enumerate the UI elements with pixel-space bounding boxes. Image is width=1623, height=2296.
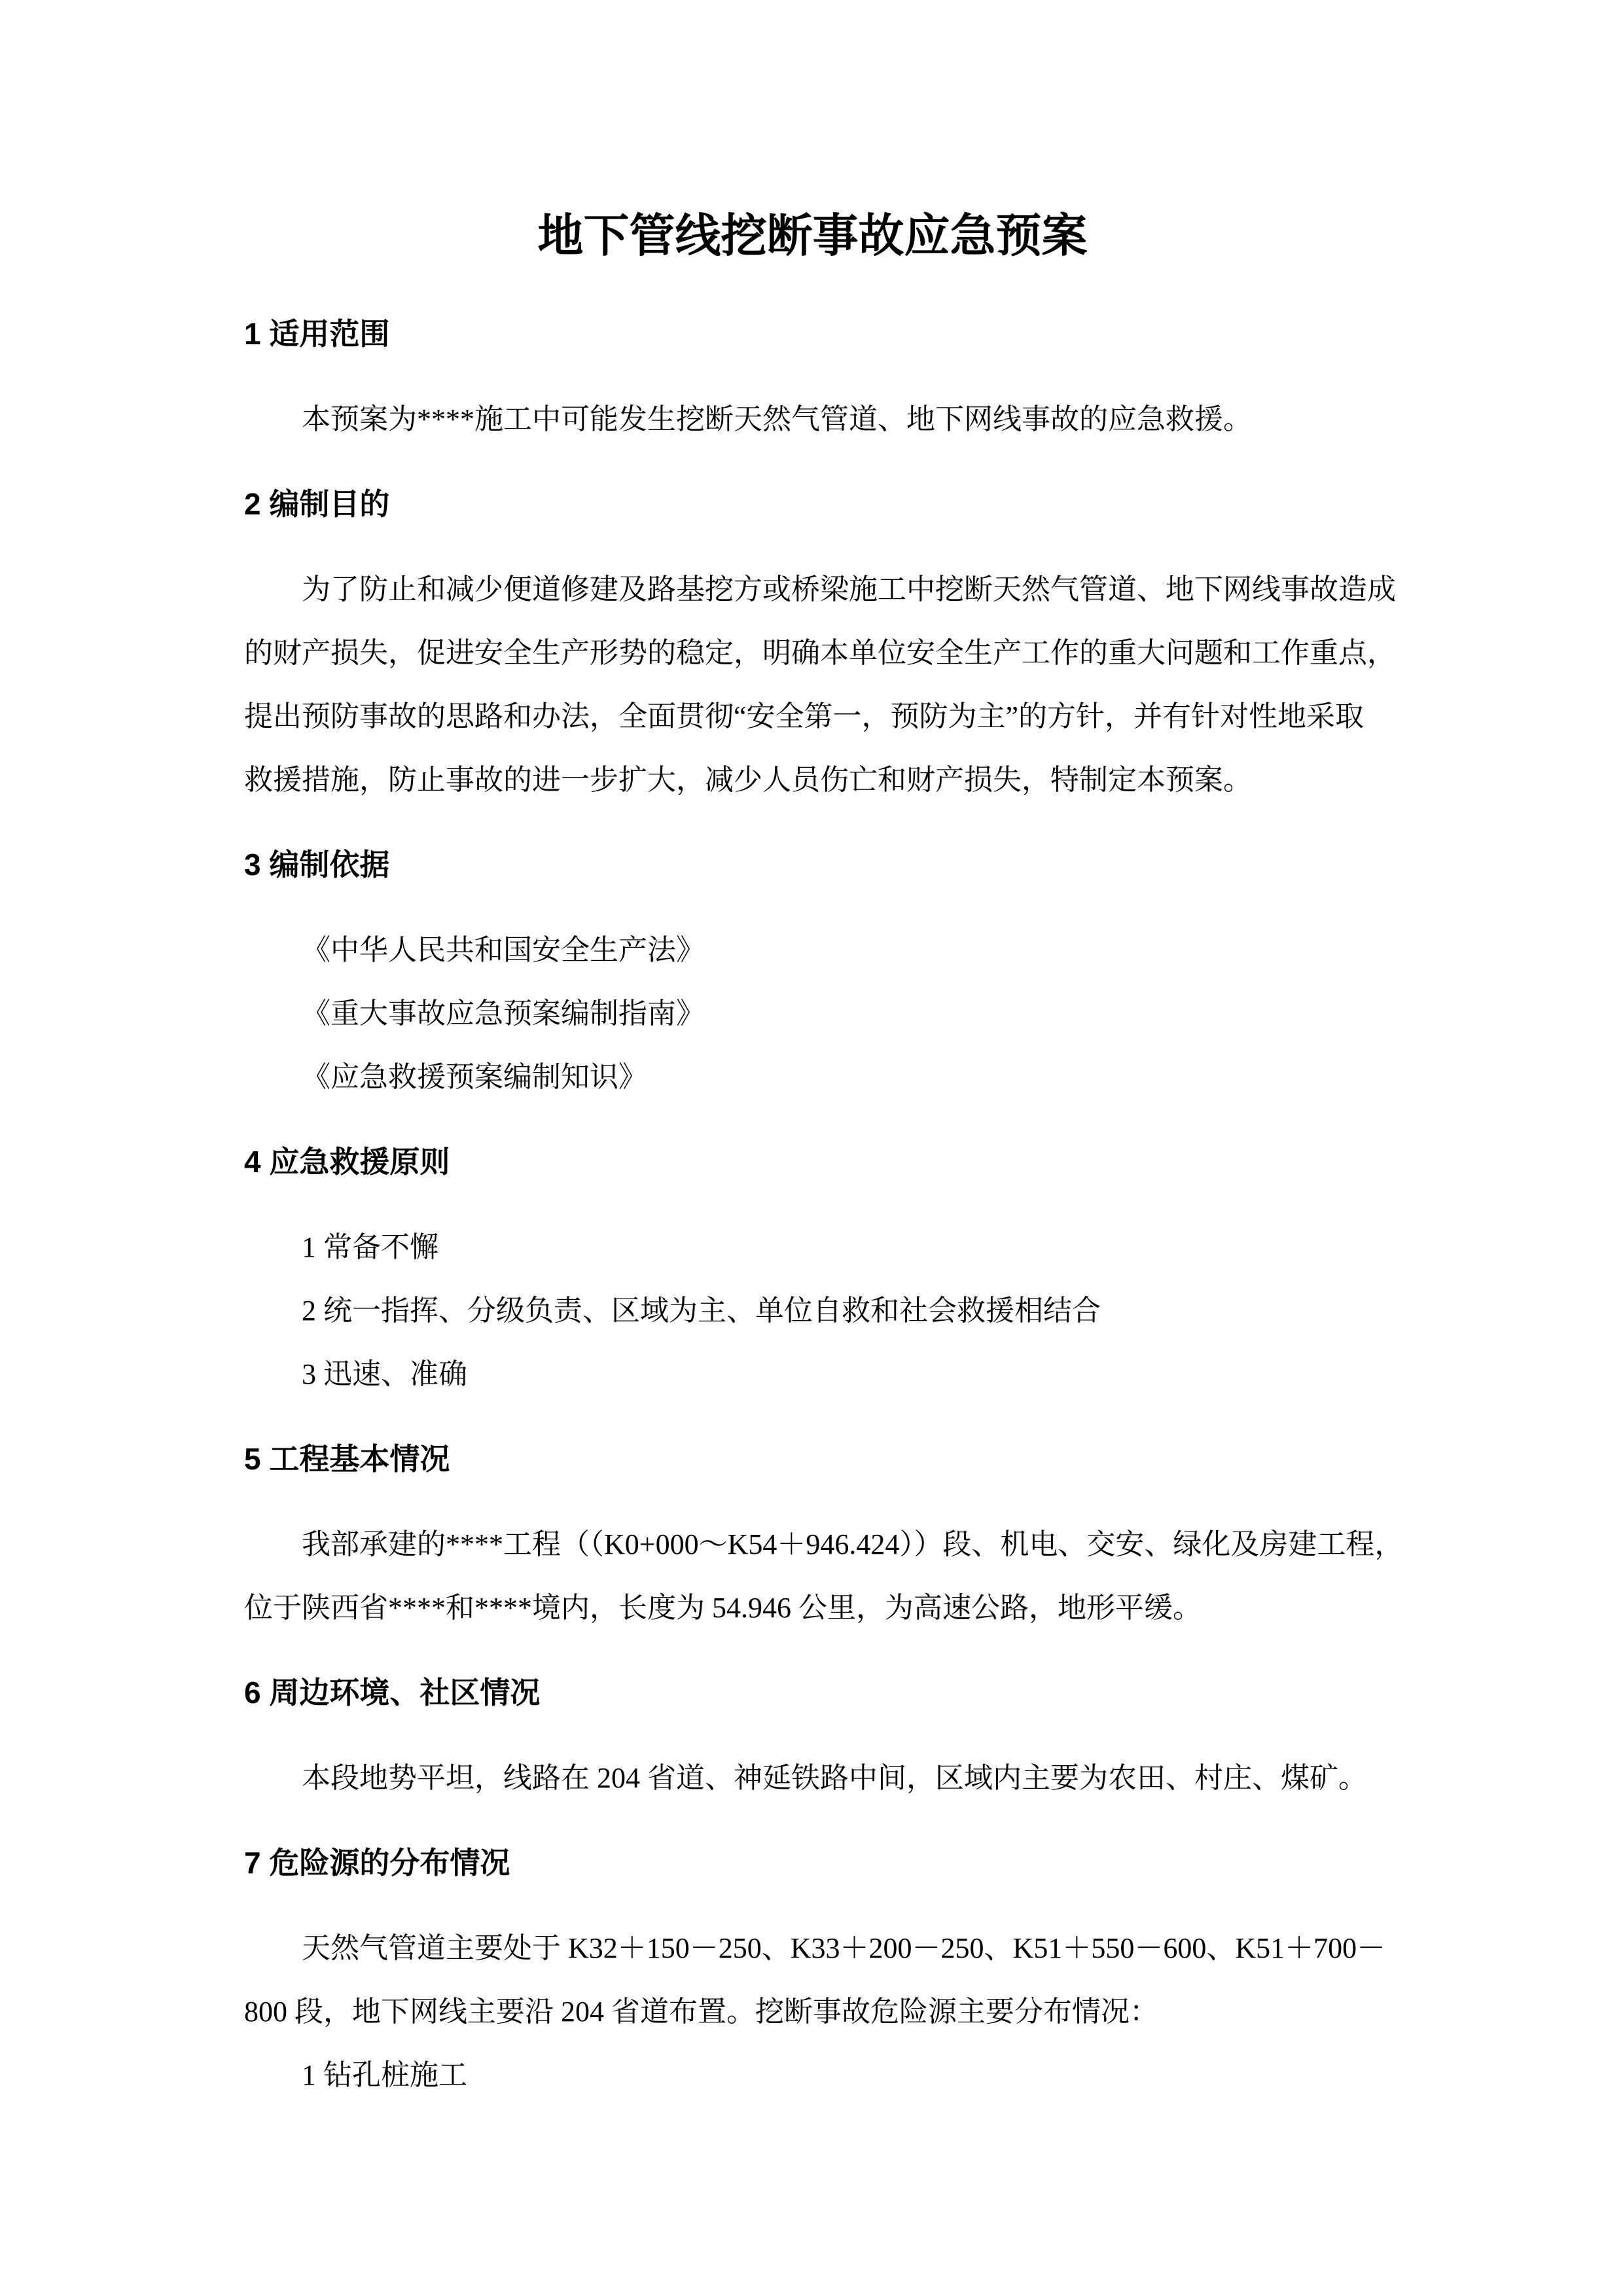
body-line: 本预案为****施工中可能发生挖断天然气管道、地下网线事故的应急救援。: [244, 387, 1381, 451]
body-line: 为了防止和减少便道修建及路基挖方或桥梁施工中挖断天然气管道、地下网线事故造成: [244, 558, 1381, 621]
body-line: 《中华人民共和国安全生产法》: [244, 918, 1381, 982]
section-heading: 6 周边环境、社区情况: [244, 1661, 1381, 1725]
document-body: 1 适用范围本预案为****施工中可能发生挖断天然气管道、地下网线事故的应急救援…: [244, 302, 1381, 2107]
body-line: 天然气管道主要处于 K32＋150－250、K33＋200－250、K51＋55…: [244, 1916, 1381, 1980]
body-line: 800 段，地下网线主要沿 204 省道布置。挖断事故危险源主要分布情况：: [244, 1980, 1381, 2043]
body-line: 的财产损失，促进安全生产形势的稳定，明确本单位安全生产工作的重大问题和工作重点，: [244, 621, 1381, 685]
body-line: 我部承建的****工程（（K0+000～K54＋946.424））段、机电、交安…: [244, 1513, 1381, 1576]
section-heading: 3 编制依据: [244, 833, 1381, 897]
body-line: 《应急救援预案编制知识》: [244, 1045, 1381, 1109]
body-line: 3 迅速、准确: [244, 1342, 1381, 1406]
body-line: 位于陕西省****和****境内，长度为 54.946 公里，为高速公路，地形平…: [244, 1576, 1381, 1640]
body-line: 救援措施，防止事故的进一步扩大，减少人员伤亡和财产损失，特制定本预案。: [244, 748, 1381, 812]
section-heading: 1 适用范围: [244, 302, 1381, 366]
section-heading: 5 工程基本情况: [244, 1427, 1381, 1491]
document-page: 地下管线挖断事故应急预案 1 适用范围本预案为****施工中可能发生挖断天然气管…: [0, 0, 1623, 2296]
body-line: 《重大事故应急预案编制指南》: [244, 982, 1381, 1045]
body-line: 1 钻孔桩施工: [244, 2043, 1381, 2107]
section-heading: 2 编制目的: [244, 473, 1381, 536]
section-heading: 7 危险源的分布情况: [244, 1831, 1381, 1895]
body-line: 提出预防事故的思路和办法，全面贯彻“安全第一，预防为主”的方针，并有针对性地采取: [244, 685, 1381, 748]
body-line: 本段地势平坦，线路在 204 省道、神延铁路中间，区域内主要为农田、村庄、煤矿。: [244, 1746, 1381, 1810]
body-line: 1 常备不懈: [244, 1215, 1381, 1279]
section-heading: 4 应急救援原则: [244, 1130, 1381, 1194]
body-line: 2 统一指挥、分级负责、区域为主、单位自救和社会救援相结合: [244, 1279, 1381, 1342]
document-title: 地下管线挖断事故应急预案: [244, 204, 1381, 268]
